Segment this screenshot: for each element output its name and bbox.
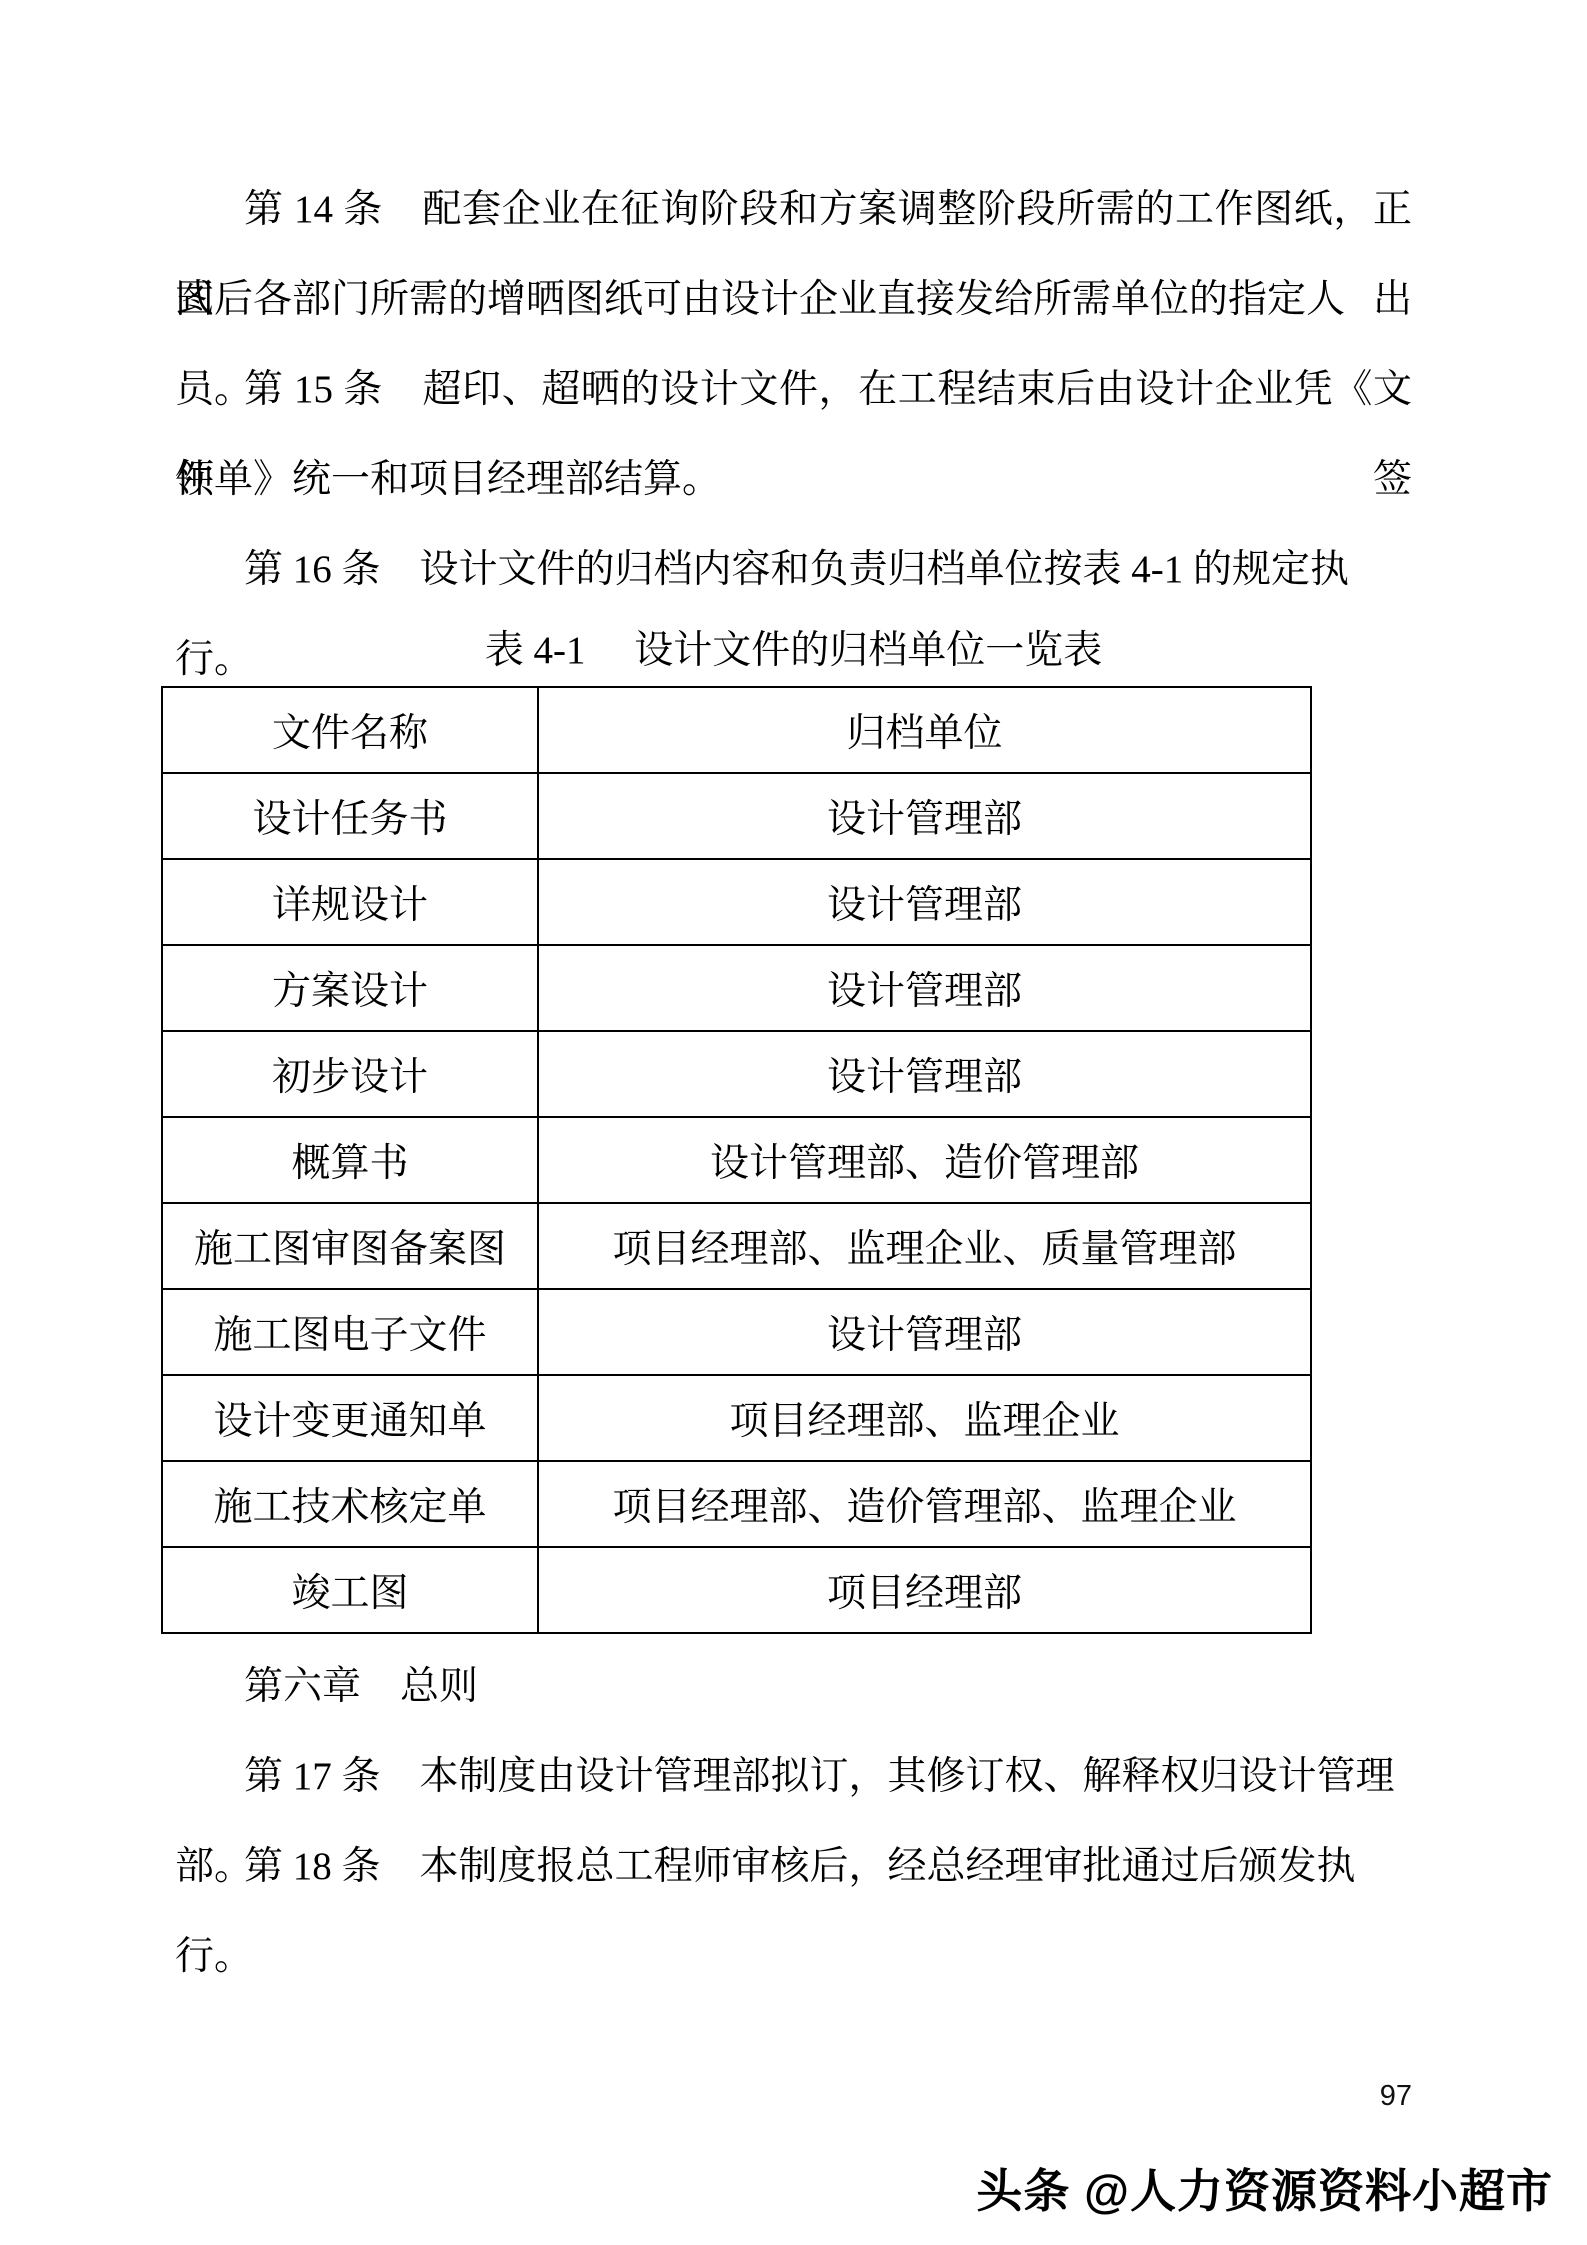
table-cell-file-name: 施工图电子文件 <box>162 1289 538 1375</box>
document-page: 第 14 条 配套企业在征询阶段和方案调整阶段所需的工作图纸，正式出 图后各部门… <box>0 0 1587 2245</box>
table-cell-archive-unit: 设计管理部 <box>538 1289 1311 1375</box>
table-cell-archive-unit: 项目经理部 <box>538 1547 1311 1633</box>
table-cell-file-name: 设计任务书 <box>162 773 538 859</box>
table-cell-file-name: 详规设计 <box>162 859 538 945</box>
table-cell-file-name: 初步设计 <box>162 1031 538 1117</box>
table-cell-file-name: 施工图审图备案图 <box>162 1203 538 1289</box>
table-cell-file-name: 方案设计 <box>162 945 538 1031</box>
table-caption: 表 4-1 设计文件的归档单位一览表 <box>175 615 1412 686</box>
table-header-row: 文件名称 归档单位 <box>162 687 1311 773</box>
table-cell-file-name: 概算书 <box>162 1117 538 1203</box>
table-cell-file-name: 竣工图 <box>162 1547 538 1633</box>
paragraph-article-15-line-1: 第 15 条 超印、超晒的设计文件，在工程结束后由设计企业凭《文件签 <box>175 345 1412 435</box>
table-cell-archive-unit: 设计管理部 <box>538 1031 1311 1117</box>
document-body: 第 14 条 配套企业在征询阶段和方案调整阶段所需的工作图纸，正式出 图后各部门… <box>0 0 1587 1912</box>
table-cell-archive-unit: 设计管理部 <box>538 773 1311 859</box>
table-row: 施工图审图备案图 项目经理部、监理企业、质量管理部 <box>162 1203 1311 1289</box>
table-cell-archive-unit: 项目经理部、造价管理部、监理企业 <box>538 1461 1311 1547</box>
paragraph-article-14-line-2: 图后各部门所需的增晒图纸可由设计企业直接发给所需单位的指定人员。 <box>175 255 1412 345</box>
table-row: 施工图电子文件 设计管理部 <box>162 1289 1311 1375</box>
table-cell-archive-unit: 设计管理部、造价管理部 <box>538 1117 1311 1203</box>
chapter-heading: 第六章 总则 <box>175 1642 1412 1732</box>
paragraph-article-16: 第 16 条 设计文件的归档内容和负责归档单位按表 4-1 的规定执行。 <box>175 525 1412 615</box>
archive-units-table: 文件名称 归档单位 设计任务书 设计管理部 详规设计 设计管理部 方案设计 设计… <box>161 686 1312 1634</box>
paragraph-article-18: 第 18 条 本制度报总工程师审核后，经总经理审批通过后颁发执行。 <box>175 1822 1412 1912</box>
table-cell-file-name: 施工技术核定单 <box>162 1461 538 1547</box>
table-row: 设计任务书 设计管理部 <box>162 773 1311 859</box>
page-number: 97 <box>1380 2082 1412 2111</box>
paragraph-article-17: 第 17 条 本制度由设计管理部拟订，其修订权、解释权归设计管理部。 <box>175 1732 1412 1822</box>
table-row: 施工技术核定单 项目经理部、造价管理部、监理企业 <box>162 1461 1311 1547</box>
table-row: 竣工图 项目经理部 <box>162 1547 1311 1633</box>
table-cell-archive-unit: 项目经理部、监理企业、质量管理部 <box>538 1203 1311 1289</box>
table-cell-archive-unit: 项目经理部、监理企业 <box>538 1375 1311 1461</box>
table-cell-archive-unit: 设计管理部 <box>538 945 1311 1031</box>
table-row: 初步设计 设计管理部 <box>162 1031 1311 1117</box>
table-row: 设计变更通知单 项目经理部、监理企业 <box>162 1375 1311 1461</box>
table-row: 方案设计 设计管理部 <box>162 945 1311 1031</box>
table-row: 概算书 设计管理部、造价管理部 <box>162 1117 1311 1203</box>
paragraph-article-14-line-1: 第 14 条 配套企业在征询阶段和方案调整阶段所需的工作图纸，正式出 <box>175 165 1412 255</box>
table-cell-archive-unit: 设计管理部 <box>538 859 1311 945</box>
watermark-text: 头条 @人力资源资料小超市 <box>976 2166 1553 2216</box>
table-row: 详规设计 设计管理部 <box>162 859 1311 945</box>
table-cell-file-name: 设计变更通知单 <box>162 1375 538 1461</box>
table-header-archive-unit: 归档单位 <box>538 687 1311 773</box>
